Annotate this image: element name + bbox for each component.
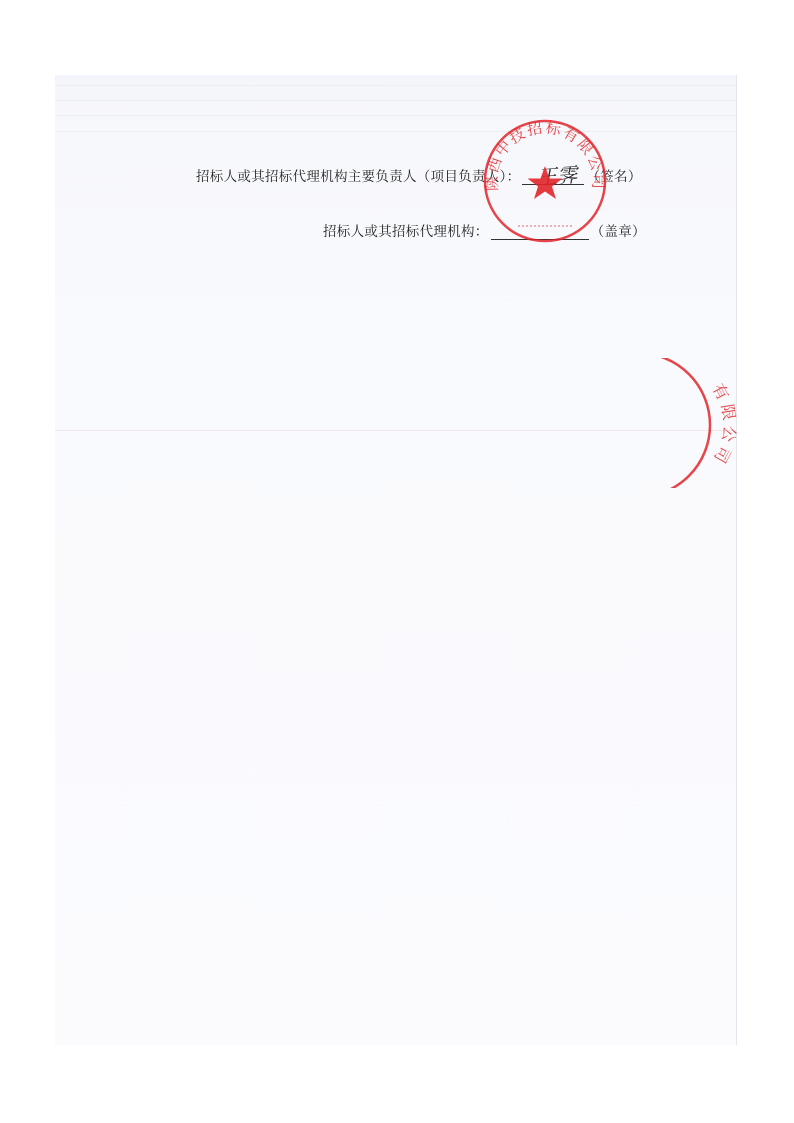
agency-label: 招标人或其招标代理机构：: [323, 224, 489, 240]
scan-line: [55, 131, 736, 132]
svg-text:有限公司: 有限公司: [708, 380, 739, 470]
scan-line: [55, 430, 736, 431]
scan-line: [55, 85, 736, 86]
scan-line: [55, 100, 736, 101]
scan-line: [55, 115, 736, 116]
partial-seal-text: 有限公司: [708, 380, 739, 470]
company-seal: 陕西中技招标有限公司: [482, 118, 608, 244]
partial-seal: 有限公司: [640, 358, 740, 488]
signatory-label: 招标人或其招标代理机构主要负责人（项目负责人）：: [196, 169, 520, 185]
star-icon: [528, 166, 563, 199]
